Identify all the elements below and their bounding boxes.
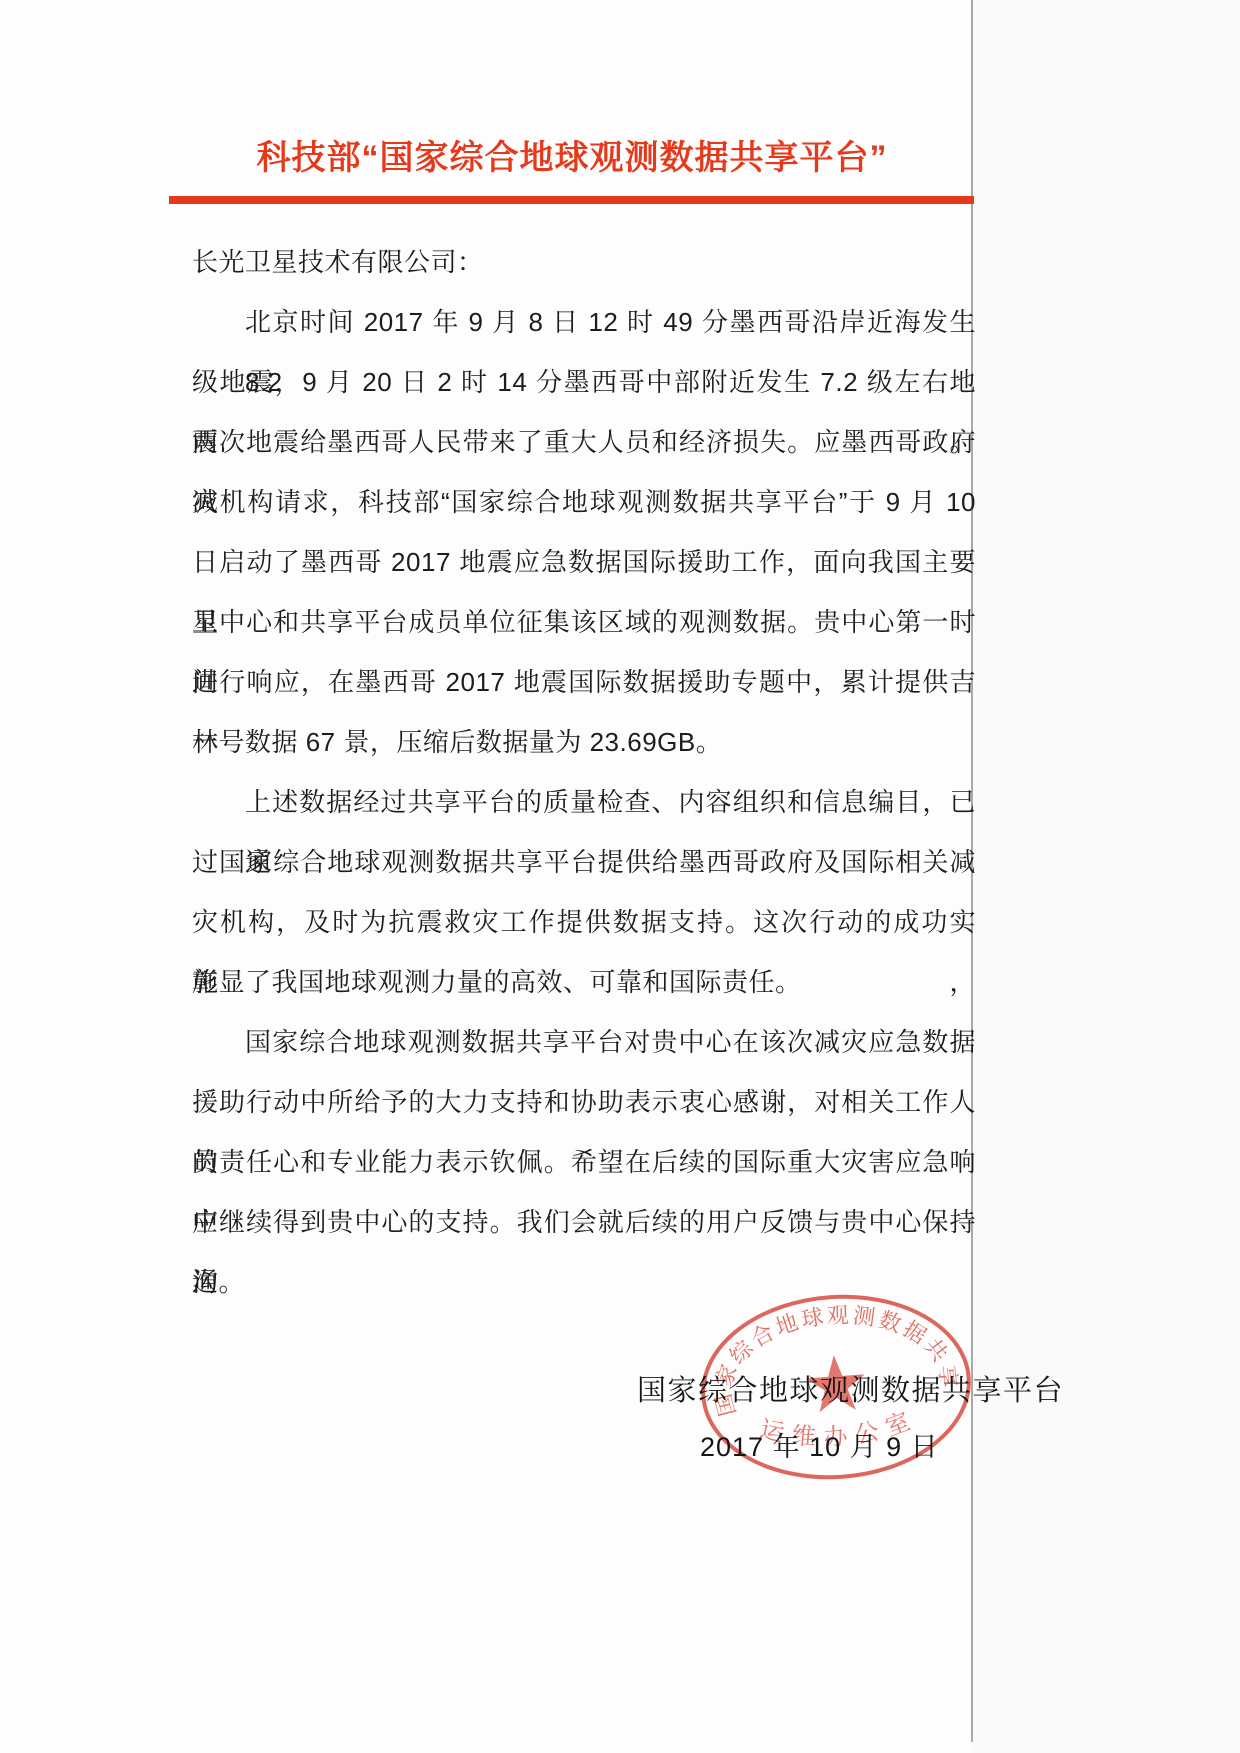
letter-line: 国家综合地球观测数据共享平台对贵中心在该次减灾应急数据	[192, 1012, 976, 1072]
letter-line: 灾机构，及时为抗震救灾工作提供数据支持。这次行动的成功实施，	[192, 892, 976, 952]
letter-line: 上述数据经过共享平台的质量检查、内容组织和信息编目，已通	[192, 772, 976, 832]
letter-paragraph-lines: 北京时间 2017 年 9 月 8 日 12 时 49 分墨西哥沿岸近海发生 8…	[192, 292, 976, 1312]
letter-line: 星中心和共享平台成员单位征集该区域的观测数据。贵中心第一时间	[192, 592, 976, 652]
letter-line: 的责任心和专业能力表示钦佩。希望在后续的国际重大灾害应急响应	[192, 1132, 976, 1192]
signature-org-name: 国家综合地球观测数据共享平台	[637, 1374, 1064, 1408]
letter-line: 级地震，9 月 20 日 2 时 14 分墨西哥中部附近发生 7.2 级左右地震…	[192, 352, 976, 412]
letter-line: 北京时间 2017 年 9 月 8 日 12 时 49 分墨西哥沿岸近海发生 8…	[192, 292, 976, 352]
letter-body: 长光卫星技术有限公司： 北京时间 2017 年 9 月 8 日 12 时 49 …	[192, 232, 976, 1312]
letter-line: 两次地震给墨西哥人民带来了重大人员和经济损失。应墨西哥政府减	[192, 412, 976, 472]
letter-line: 援助行动中所给予的大力支持和协助表示衷心感谢，对相关工作人员	[192, 1072, 976, 1132]
scanned-letter-page: 科技部“国家综合地球观测数据共享平台” 长光卫星技术有限公司： 北京时间 201…	[0, 0, 1240, 1753]
letter-line: 灾机构请求，科技部“国家综合地球观测数据共享平台”于 9 月 10	[192, 472, 976, 532]
letterhead-rule	[169, 196, 974, 204]
letter-line: 一号数据 67 景，压缩后数据量为 23.69GB。	[192, 712, 976, 772]
salutation: 长光卫星技术有限公司：	[192, 232, 976, 292]
letter-line: 日启动了墨西哥 2017 地震应急数据国际援助工作，面向我国主要卫	[192, 532, 976, 592]
scan-edge-shade	[973, 0, 1240, 1753]
letter-line: 中继续得到贵中心的支持。我们会就后续的用户反馈与贵中心保持沟	[192, 1192, 976, 1252]
letterhead-title: 科技部“国家综合地球观测数据共享平台”	[169, 126, 975, 190]
letter-line: 过国家综合地球观测数据共享平台提供给墨西哥政府及国际相关减	[192, 832, 976, 892]
letter-line: 进行响应，在墨西哥 2017 地震国际数据援助专题中，累计提供吉林	[192, 652, 976, 712]
signature-date: 2017 年 10 月 9 日	[700, 1431, 939, 1463]
